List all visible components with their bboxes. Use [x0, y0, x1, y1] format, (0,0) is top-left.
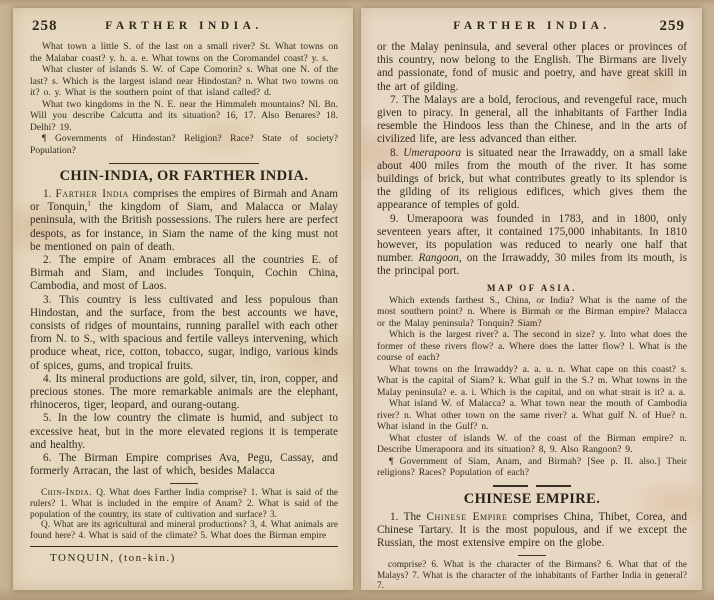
map-question-paragraph: Which extends farthest S., China, or Ind…	[377, 295, 687, 330]
footnote-paragraph: comprise? 6. What is the character of th…	[377, 560, 687, 590]
chapter-heading: CHINESE EMPIRE.	[377, 491, 687, 508]
review-question-paragraph: What cluster of islands S. W. of Cape Co…	[30, 64, 338, 99]
map-question-paragraph: Which is the largest river? a. The secon…	[377, 329, 687, 364]
body-paragraph-6: 6. The Birman Empire comprises Ava, Pegu…	[30, 452, 338, 478]
footer-rule	[30, 546, 338, 547]
review-question-paragraph: What town a little S. of the last on a s…	[30, 41, 338, 64]
footnote-divider	[170, 483, 198, 484]
review-question-paragraph: ¶ Governments of Hindostan? Religion? Ra…	[30, 133, 338, 156]
pronunciation-footnote: TONQUIN, (ton-kin.)	[50, 552, 338, 564]
page-number: 259	[660, 18, 686, 35]
map-question-paragraph: What island W. of Malacca? a. What town …	[377, 398, 687, 433]
map-question-paragraph: ¶ Government of Siam, Anam, and Birmah? …	[377, 456, 687, 479]
section-divider-rule	[109, 163, 259, 164]
page-right-259: FARTHER INDIA. 259 or the Malay peninsul…	[361, 8, 702, 590]
body-paragraph-4: 4. Its mineral productions are gold, sil…	[30, 373, 338, 413]
footnote-paragraph: Chin-India. Q. What does Farther India c…	[30, 488, 338, 520]
section-divider-rule	[493, 485, 571, 487]
footnote-paragraph: Q. What are its agricultural and mineral…	[30, 520, 338, 541]
page-header: FARTHER INDIA. 259	[377, 18, 687, 36]
body-paragraph-1: 1. Farther India comprises the empires o…	[30, 188, 338, 254]
chapter-heading: CHIN-INDIA, OR FARTHER INDIA.	[30, 168, 338, 185]
body-paragraph-7: 7. The Malays are a bold, ferocious, and…	[377, 94, 687, 147]
running-title: FARTHER INDIA.	[30, 18, 338, 32]
running-title: FARTHER INDIA.	[377, 18, 687, 32]
review-question-paragraph: What two kingdoms in the N. E. near the …	[30, 99, 338, 134]
map-question-paragraph: What cluster of islands W. of the coast …	[377, 433, 687, 456]
map-of-asia-heading: MAP OF ASIA.	[377, 283, 687, 293]
book-scan: 258 FARTHER INDIA. What town a little S.…	[0, 0, 714, 600]
body-paragraph-6-continued: or the Malay peninsula, and several othe…	[377, 41, 687, 94]
page-header: 258 FARTHER INDIA.	[30, 18, 338, 36]
map-question-paragraph: What towns on the Irrawaddy? a. a. u. n.…	[377, 364, 687, 399]
body-paragraph-3: 3. This country is less cultivated and l…	[30, 294, 338, 373]
body-paragraph-8: 8. Umerapoora is situated near the Irraw…	[377, 147, 687, 213]
body-paragraph-5: 5. In the low country the climate is hum…	[30, 412, 338, 452]
body-paragraph-2: 2. The empire of Anam embraces all the c…	[30, 254, 338, 294]
page-number: 258	[32, 18, 58, 35]
chinese-empire-paragraph-1: 1. The Chinese Empire comprises China, T…	[377, 511, 687, 551]
body-paragraph-9: 9. Umerapoora was founded in 1783, and i…	[377, 213, 687, 279]
footnote-divider	[518, 555, 546, 556]
page-left-258: 258 FARTHER INDIA. What town a little S.…	[13, 8, 353, 590]
